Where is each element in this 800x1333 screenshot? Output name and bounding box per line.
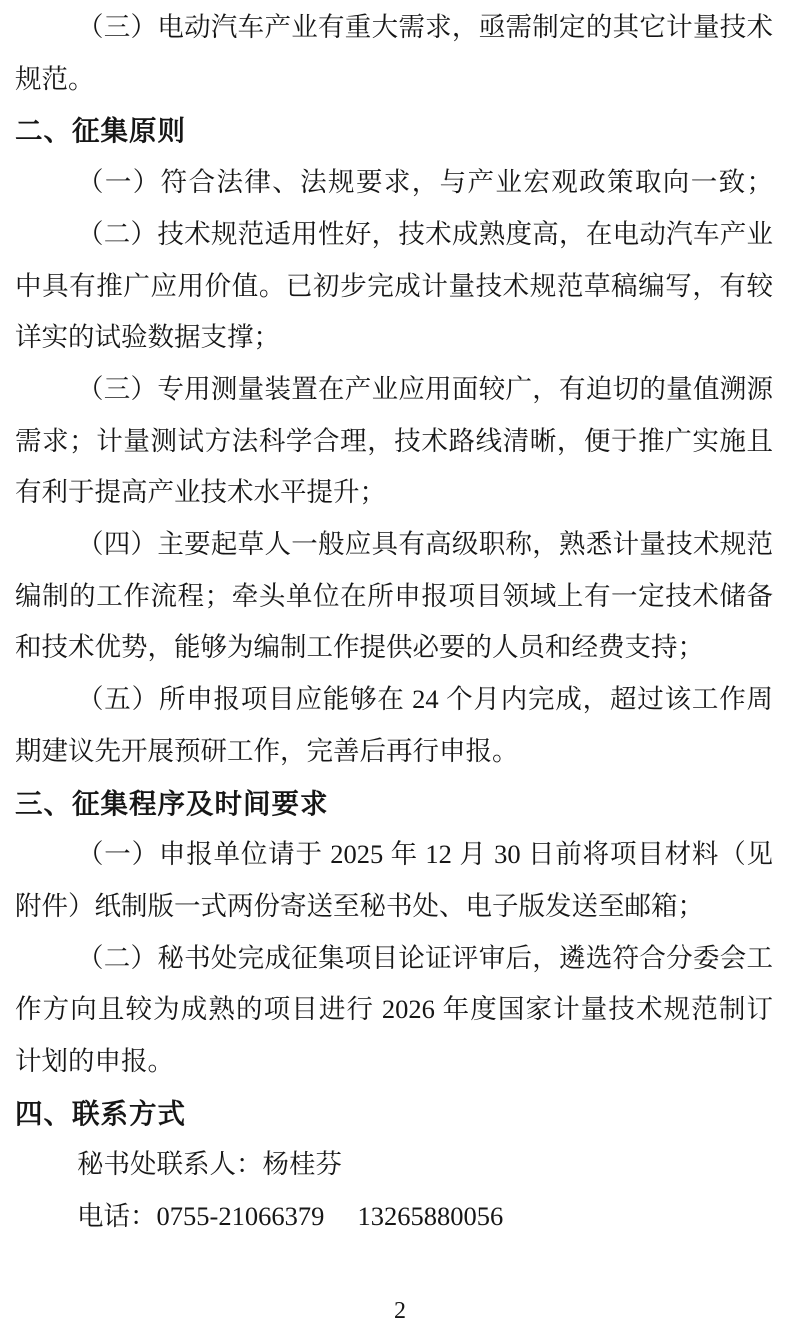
document-page: （三）电动汽车产业有重大需求，亟需制定的其它计量技术规范。二、征集原则（一）符合…: [0, 0, 800, 1333]
section-heading: 二、征集原则: [15, 105, 773, 157]
document-line: 附件）纸制版一式两份寄送至秘书处、电子版发送至邮箱；: [15, 881, 773, 933]
document-line: （一）申报单位请于 2025 年 12 月 30 日前将项目材料（见: [15, 829, 773, 881]
document-line: 期建议先开展预研工作，完善后再行申报。: [15, 726, 773, 778]
document-line: （五）所申报项目应能够在 24 个月内完成，超过该工作周: [15, 674, 773, 726]
document-line: 和技术优势，能够为编制工作提供必要的人员和经费支持；: [15, 622, 773, 674]
document-line: 需求；计量测试方法科学合理，技术路线清晰，便于推广实施且: [15, 416, 773, 468]
section-heading: 四、联系方式: [15, 1088, 773, 1140]
document-line: 有利于提高产业技术水平提升；: [15, 467, 773, 519]
document-line: 作方向且较为成熟的项目进行 2026 年度国家计量技术规范制订: [15, 984, 773, 1036]
document-body: （三）电动汽车产业有重大需求，亟需制定的其它计量技术规范。二、征集原则（一）符合…: [0, 0, 773, 1243]
document-line: 秘书处联系人：杨桂芬: [15, 1139, 773, 1191]
document-line: 电话：0755-21066379 13265880056: [15, 1191, 773, 1243]
document-line: （二）秘书处完成征集项目论证评审后，遴选符合分委会工: [15, 933, 773, 985]
document-line: 详实的试验数据支撑；: [15, 312, 773, 364]
document-line: 中具有推广应用价值。已初步完成计量技术规范草稿编写，有较: [15, 261, 773, 313]
document-line: （一）符合法律、法规要求，与产业宏观政策取向一致；: [15, 157, 773, 209]
document-line: 计划的申报。: [15, 1036, 773, 1088]
document-line: （三）电动汽车产业有重大需求，亟需制定的其它计量技术: [15, 2, 773, 54]
page-number: 2: [0, 1296, 800, 1326]
document-line: 编制的工作流程；牵头单位在所申报项目领域上有一定技术储备: [15, 571, 773, 623]
section-heading: 三、征集程序及时间要求: [15, 778, 773, 830]
document-line: （三）专用测量装置在产业应用面较广，有迫切的量值溯源: [15, 364, 773, 416]
document-line: 规范。: [15, 54, 773, 106]
document-line: （四）主要起草人一般应具有高级职称，熟悉计量技术规范: [15, 519, 773, 571]
document-line: （二）技术规范适用性好，技术成熟度高，在电动汽车产业: [15, 209, 773, 261]
